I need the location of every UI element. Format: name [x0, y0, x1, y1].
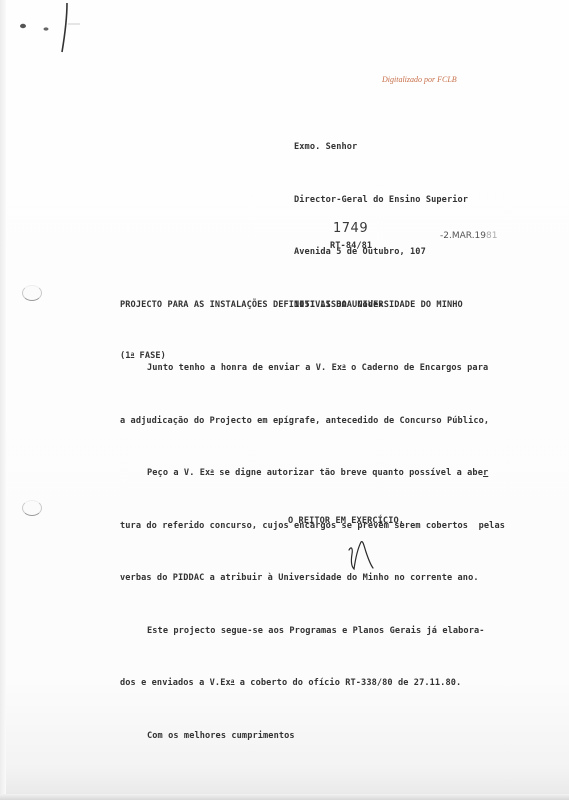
paragraph-2-line-1: Peço a V. Exa se digne autorizar tão bre… — [120, 465, 505, 483]
document-reference: RT-84/81 — [330, 241, 372, 251]
punch-hole-icon — [22, 285, 42, 301]
received-date-stamp: -2.MAR.1981 — [440, 231, 497, 241]
digitization-watermark: Digitalizado por FCLB — [382, 75, 457, 84]
paragraph-3-line-2: dos e enviados a V.Exa a coberto do ofíc… — [120, 675, 505, 693]
address-line-salutation: Exmo. Senhor — [294, 139, 468, 157]
handwritten-corner-mark-icon — [0, 0, 80, 60]
address-line-street: Avenida 5 de Outubro, 107 — [294, 244, 468, 262]
paragraph-3-line-1: Este projecto segue-se aos Programas e P… — [120, 623, 505, 641]
scanned-letter-page: Digitalizado por FCLB Exmo. Senhor Direc… — [0, 0, 569, 800]
address-line-recipient: Director-Geral do Ensino Superior — [294, 192, 468, 210]
letter-body: Junto tenho a honra de enviar a V. Exa o… — [120, 325, 505, 780]
handwritten-signature-icon — [345, 538, 375, 572]
paragraph-1-line-1: Junto tenho a honra de enviar a V. Exa o… — [120, 360, 505, 378]
page-left-edge-shadow — [0, 0, 6, 800]
punch-hole-icon — [22, 500, 42, 516]
subject-line-1: PROJECTO PARA AS INSTALAÇÕES DEFINITIVAS… — [120, 297, 463, 314]
closing-line: Com os melhores cumprimentos — [120, 728, 505, 746]
signoff-title: O REITOR EM EXERCÍCIO, — [288, 516, 404, 526]
handwritten-registry-number: 1749 — [333, 221, 368, 236]
stamp-date-visible: -2.MAR.19 — [440, 231, 486, 241]
paragraph-1-line-2: a adjudicação do Projecto em epígrafe, a… — [120, 413, 505, 431]
stamp-date-faded: 81 — [486, 231, 497, 241]
paragraph-2-line-3: verbas do PIDDAC a atribuir à Universida… — [120, 570, 505, 588]
page-bottom-edge-shadow — [0, 794, 569, 800]
